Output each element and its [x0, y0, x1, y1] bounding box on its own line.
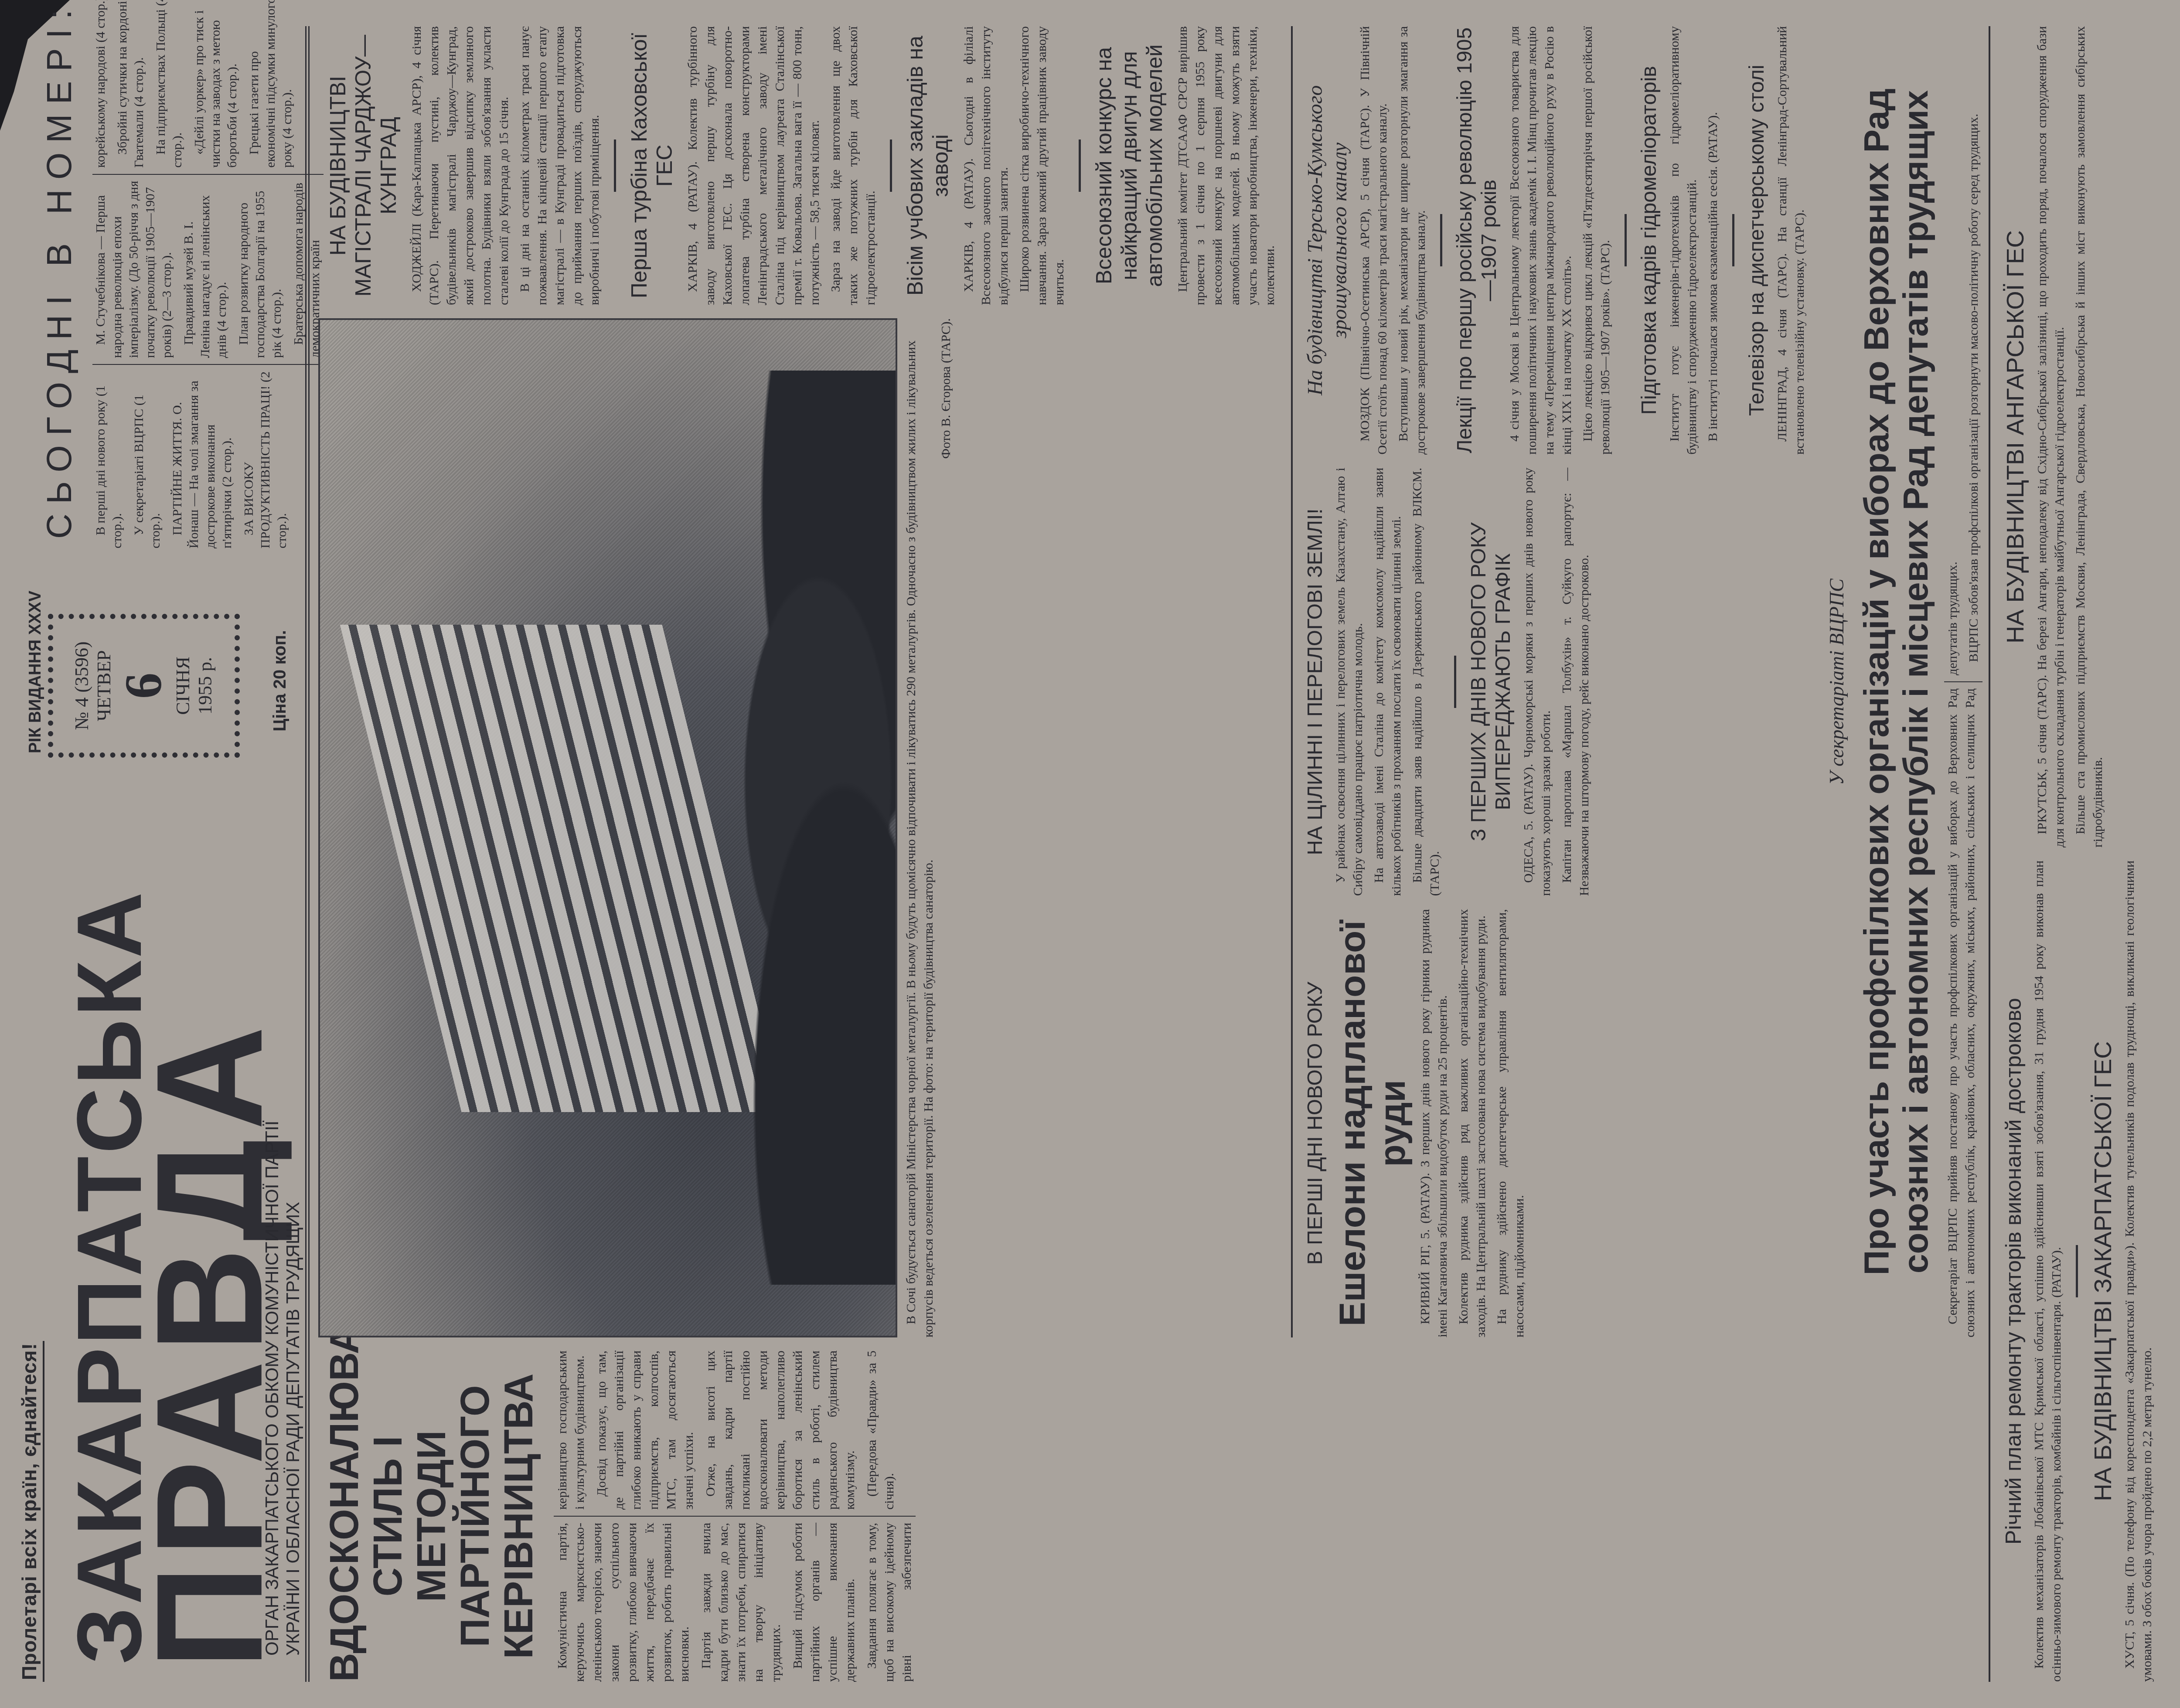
article-tv: ЛЕНІНГРАД, 4 січня (ТАРС). На станції Ле…	[1774, 26, 1809, 455]
paragraph: Досвід показує, що там, де партійні орга…	[593, 1351, 698, 1510]
divider	[890, 139, 892, 192]
article-vuzy: ХАРКІВ, 4 (РАТАУ). Сьогодні в філіалі Вс…	[960, 26, 1068, 305]
day: 6	[115, 619, 172, 752]
paragraph: На автозаводі імені Сталіна до комітету …	[1370, 468, 1405, 896]
paragraph: Вступивши у новий рік, механізатори ще ш…	[1395, 26, 1430, 455]
news-area: В Сочі будується санаторій Міністерства …	[318, 26, 1982, 1337]
article-title: Ешелони надпланової руди	[1332, 909, 1412, 1337]
article-ore: КРИВИЙ РІГ, 5. (РАТАУ). З перших днів но…	[1417, 909, 1528, 1337]
divider	[1079, 139, 1081, 192]
photo-credit: Фото В. Єгорова (ТАРС).	[937, 318, 955, 1337]
paragraph: В ці дні на останніх кілометрах траси па…	[516, 26, 603, 305]
contents-item: У секретаріаті ВЦРПС (1 стор.).	[131, 371, 164, 548]
paragraph: ХУСТ, 5 січня. (По телефону від кореспон…	[2121, 861, 2156, 1682]
article-title: Всесоюзний конкурс на найкращий двигун д…	[1091, 26, 1167, 305]
contents-item: ПАРТІЙНЕ ЖИТТЯ. О. Йонаш — На чолі змага…	[169, 371, 235, 548]
paragraph: На руднику здійснено диспетчерське управ…	[1493, 909, 1528, 1337]
divider	[1440, 214, 1442, 266]
contents-title: СЬОГОДНІ В НОМЕРІ:	[39, 0, 79, 548]
article-zakarpattia-ges: ХУСТ, 5 січня. (По телефону від кореспон…	[2121, 861, 2156, 1682]
vcsps-section: У секретаріаті ВЦРПС Про участь профспіл…	[1821, 26, 1982, 1337]
paragraph: КРИВИЙ РІГ, 5. (РАТАУ). З перших днів но…	[1417, 909, 1451, 1337]
article-title: НА БУДІВНИЦТВІ ЗАКАРПАТСЬКОЇ ГЕС	[2088, 861, 2117, 1682]
contents-list: В перші дні нового року (1 стор.).У секр…	[92, 0, 324, 548]
article-vcsps: Секретаріат ВЦРПС прийняв постанову про …	[1944, 26, 1982, 1337]
kicker: В ПЕРШІ ДНІ НОВОГО РОКУ	[1303, 909, 1328, 1337]
photo-row: В Сочі будується санаторій Міністерства …	[318, 26, 1282, 1337]
contents-item: План розвитку народного господарства Бол…	[235, 181, 285, 358]
article-title: На будівництві Терсько-Кумського зрошува…	[1303, 26, 1352, 455]
paragraph: Отже, на висоті цих завдань, кадри парті…	[702, 1351, 859, 1510]
divider	[1454, 656, 1456, 708]
publisher-line-2: УКРАЇНИ І ОБЛАСНОЇ РАДИ ДЕПУТАТІВ ТРУДЯЩ…	[283, 1121, 303, 1656]
contents-item: ЗА ВИСОКУ ПРОДУКТИВНІСТЬ ПРАЦІ! (2 стор.…	[241, 371, 290, 548]
contents-item: Правдивий музей В. І. Леніна нагадує ні …	[181, 181, 230, 358]
lead-article-text: Комуністична партія, керуючись марксистс…	[554, 1351, 916, 1682]
article-title: Перша турбіна Каховської ГЕС	[627, 26, 677, 305]
article-contest: Центральний комітет ДТСААФ СРСР вирішив …	[1174, 26, 1279, 305]
motto: Пролетарі всіх країн, єднайтеся!	[17, 1341, 44, 1682]
sanatorium-photo	[318, 318, 897, 1337]
article-schedule: ОДЕСА, 5. (РАТАУ). Чорноморські моряки з…	[1520, 468, 1593, 896]
front-page-body: ВДОСКОНАЛЮВАТИ СТИЛЬ І МЕТОДИ ПАРТІЙНОГО…	[318, 26, 1982, 1682]
paragraph: (Передова «Правди» за 5 січня).	[863, 1351, 898, 1510]
lead-article: ВДОСКОНАЛЮВАТИ СТИЛЬ І МЕТОДИ ПАРТІЙНОГО…	[318, 1351, 1982, 1682]
paragraph: В інституті почалася зимова екзаменаційн…	[1704, 26, 1722, 455]
paragraph: МОЗДОК (Північно-Осетинська АРСР), 5 січ…	[1356, 26, 1391, 455]
article-tractors: Колектив механізаторів Лобанівської МТС …	[2030, 861, 2065, 1682]
article-angara-ges: ІРКУТСЬК, 5 січня (ТАРС). На березі Анга…	[2034, 26, 2107, 847]
month: СІЧНЯ	[172, 619, 194, 752]
paragraph: Комуністична партія, керуючись марксистс…	[554, 1523, 693, 1682]
paragraph: ХАРКІВ, 4 (РАТАУ). Сьогодні в філіалі Вс…	[960, 26, 1012, 305]
article-title: Підготовка кадрів гідромеліораторів	[1637, 26, 1662, 455]
article-title: НА БУДІВНИЦТВІ МАГІСТРАЛІ ЧАРДЖОУ—КУНГРА…	[325, 26, 401, 305]
article-canal: МОЗДОК (Північно-Осетинська АРСР), 5 січ…	[1356, 26, 1430, 455]
side-column: НА БУДІВНИЦТВІ МАГІСТРАЛІ ЧАРДЖОУ—КУНГРА…	[318, 26, 1282, 305]
publisher-line-1: ОРГАН ЗАКАРПАТСЬКОГО ОБКОМУ КОМУНІСТИЧНО…	[262, 1121, 283, 1656]
paragraph: Зараз на заводі йде виготовлення ще двох…	[827, 26, 879, 305]
paragraph: Партія завжди вчила кадри бути близько д…	[698, 1523, 785, 1682]
contents-item: На підприємствах Польщі (4 стор.).	[153, 0, 186, 168]
paragraph: Більше ста промислових підприємств Москв…	[2072, 26, 2107, 847]
bottom-column-1: Річний план ремонту тракторів виконаний …	[1996, 861, 2160, 1682]
paragraph: ІРКУТСЬК, 5 січня (ТАРС). На березі Анга…	[2034, 26, 2068, 847]
paragraph: ВЦРПС зобов'язав профспілкові організаці…	[1965, 26, 1982, 675]
paragraph: Інститут готує інженерів-гідротехніків п…	[1666, 26, 1701, 455]
photo-block: В Сочі будується санаторій Міністерства …	[318, 318, 1282, 1337]
article-kakhovka: ХАРКІВ, 4 (РАТАУ). Колектив турбінного з…	[684, 26, 879, 305]
year: 1955 р.	[194, 619, 216, 752]
issue-date-box: № 4 (3596) ЧЕТВЕР 6 СІЧНЯ 1955 р.	[48, 614, 240, 758]
paragraph: ЛЕНІНГРАД, 4 січня (ТАРС). На станції Ле…	[1774, 26, 1809, 455]
caption-text: В Сочі будується санаторій Міністерства …	[904, 340, 936, 1337]
article-lectures: 4 січня у Москві в Центральному лекторії…	[1506, 26, 1614, 455]
edition-year: РІК ВИДАННЯ XXXV	[26, 591, 45, 753]
article-title: Річний план ремонту тракторів виконаний …	[2001, 861, 2026, 1682]
masthead: Пролетарі всіх країн, єднайтеся! ЗАКАРПА…	[17, 26, 296, 1682]
publisher-line: ОРГАН ЗАКАРПАТСЬКОГО ОБКОМУ КОМУНІСТИЧНО…	[262, 1121, 303, 1656]
contents-item: «Дейлі уоркер» про тиск і чистки на заво…	[191, 0, 241, 168]
divider	[614, 139, 616, 192]
paragraph: Вищий підсумок роботи партійних органів …	[789, 1523, 859, 1682]
bottom-column-2: НА БУДІВНИЦТВІ АНГАРСЬКОЇ ГЕС ІРКУТСЬК, …	[1996, 26, 2160, 847]
paragraph: У районах освоєння цілинних і перелогови…	[1332, 468, 1367, 896]
newspaper-page: Пролетарі всіх країн, єднайтеся! ЗАКАРПА…	[0, 0, 2180, 1708]
article-title: НА БУДІВНИЦТВІ АНГАРСЬКОЇ ГЕС	[2001, 26, 2029, 847]
paragraph: ХОДЖЕЙЛІ (Кара-Калпацька АРСР), 4 січня …	[408, 26, 513, 305]
article-kungrad: ХОДЖЕЙЛІ (Кара-Калпацька АРСР), 4 січня …	[408, 26, 603, 305]
contents-item: В перші дні нового року (1 стор.).	[92, 371, 126, 548]
news-column-2: НА ЦІЛИННІ І ПЕРЕЛОГОВІ ЗЕМЛІ! У районах…	[1299, 468, 1812, 896]
weekday: ЧЕТВЕР	[93, 619, 115, 752]
news-column-1: В ПЕРШІ ДНІ НОВОГО РОКУ Ешелони надплано…	[1299, 909, 1812, 1337]
contents-item: Збройні сутички на кордоні Гватемали (4 …	[114, 0, 147, 168]
article-title: НА ЦІЛИННІ І ПЕРЕЛОГОВІ ЗЕМЛІ!	[1303, 468, 1328, 896]
price: Ціна 20 коп.	[270, 630, 290, 732]
table-of-contents: СЬОГОДНІ В НОМЕРІ: В перші дні нового ро…	[31, 0, 324, 548]
lead-headline: ВДОСКОНАЛЮВАТИ СТИЛЬ І МЕТОДИ ПАРТІЙНОГО…	[323, 1351, 541, 1682]
article-cadres: Інститут готує інженерів-гідротехніків п…	[1666, 26, 1722, 455]
paragraph: 4 січня у Москві в Центральному лекторії…	[1506, 26, 1576, 455]
caption-text-2: На фото: на території будівництва санато…	[921, 860, 936, 1112]
paragraph: Капітан пароплава «Маршал Толбухін» т. С…	[1558, 468, 1593, 896]
article-title: З ПЕРШИХ ДНІВ НОВОГО РОКУ ВИПЕРЕДЖАЮТЬ Г…	[1467, 468, 1516, 896]
paragraph: ХАРКІВ, 4 (РАТАУ). Колектив турбінного з…	[684, 26, 824, 305]
palm-trees-shape	[637, 371, 896, 1285]
article-title: Про участь профспілкових організацій у в…	[1857, 26, 1935, 1337]
divider	[1625, 214, 1627, 266]
divider	[1732, 214, 1734, 266]
divider	[2076, 1245, 2078, 1297]
article-title: Вісім учбових закладів на заводі	[903, 26, 953, 305]
paragraph: ОДЕСА, 5. (РАТАУ). Чорноморські моряки з…	[1520, 468, 1555, 896]
bottom-section: Річний план ремонту тракторів виконаний …	[1989, 26, 2160, 1682]
issue-number: № 4 (3596)	[71, 619, 93, 752]
news-column-3: На будівництві Терсько-Кумського зрошува…	[1299, 26, 1812, 455]
paragraph: Більше двадцяти заяв надійшло в Дзержинс…	[1409, 468, 1444, 896]
paragraph: Цією лекцією відкрився цикл лекцій «П'ят…	[1579, 26, 1614, 455]
paragraph: Колектив механізаторів Лобанівської МТС …	[2030, 861, 2065, 1682]
contents-item: М. Стучебнікова — Перша народна революці…	[92, 181, 175, 358]
photo-caption: В Сочі будується санаторій Міністерства …	[903, 318, 955, 1337]
paragraph: Колектив рудника здійснив ряд важливих о…	[1455, 909, 1490, 1337]
news-band: В ПЕРШІ ДНІ НОВОГО РОКУ Ешелони надплано…	[1291, 26, 1812, 1337]
paragraph: Центральний комітет ДТСААФ СРСР вирішив …	[1174, 26, 1279, 305]
paragraph: Широко розвинена сітка виробничо-технічн…	[1016, 26, 1068, 305]
article-title: Телевізор на диспетчерському столі	[1745, 26, 1769, 455]
article-title: Лекції про першу російську революцію 190…	[1453, 26, 1502, 455]
article-virgin-lands: У районах освоєння цілинних і перелогови…	[1332, 468, 1444, 896]
kicker: У секретаріаті ВЦРПС	[1825, 26, 1848, 1337]
contents-item: Грецькі газети про економічні підсумки м…	[246, 0, 296, 168]
